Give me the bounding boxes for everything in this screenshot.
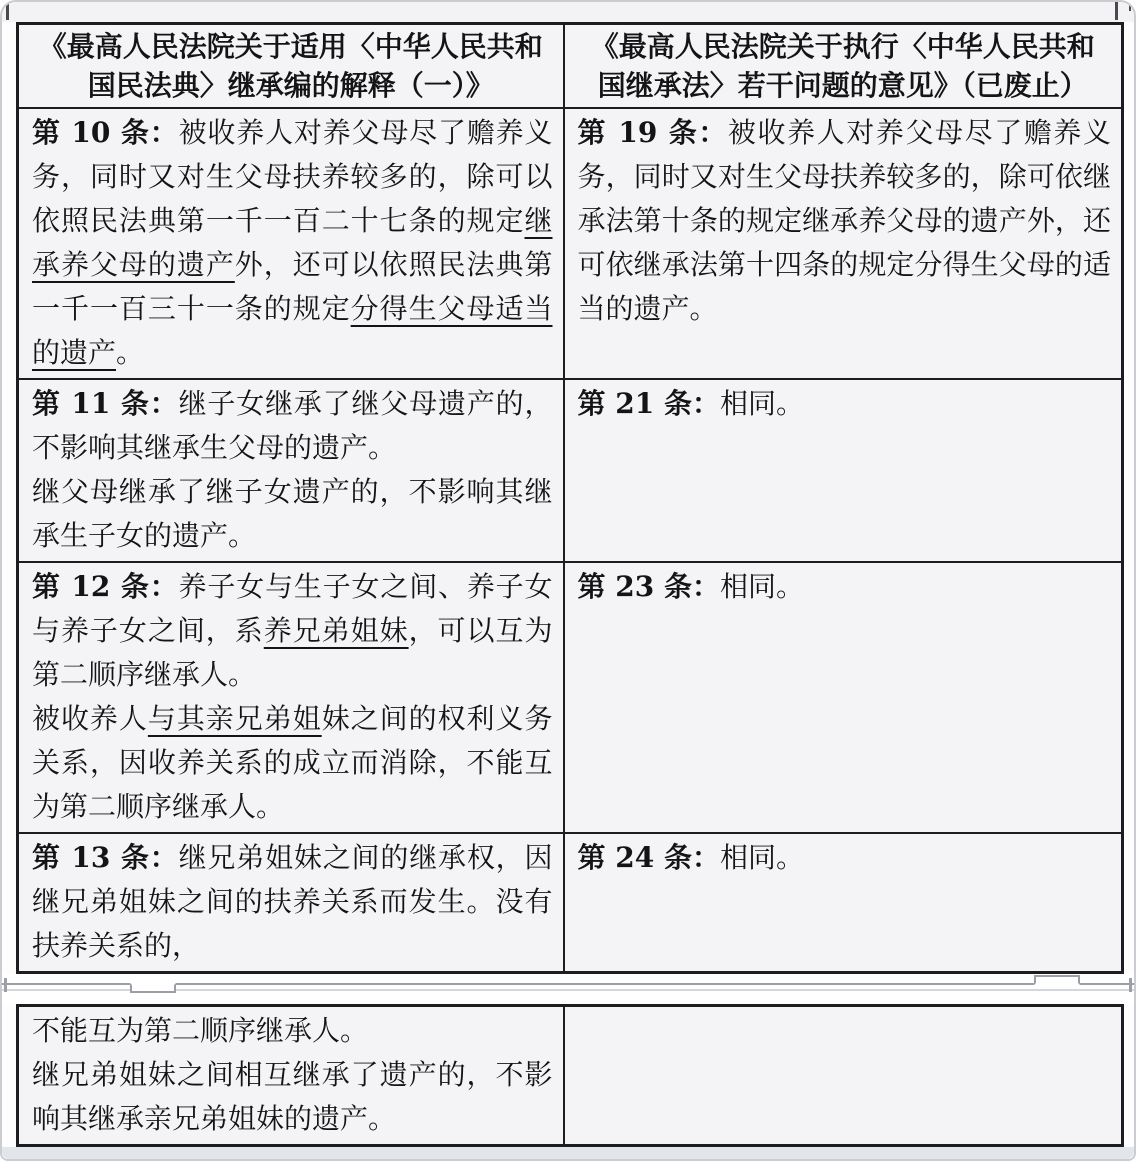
page-edge-fragment-right [1129,978,1132,992]
cell-article-13-continued: 不能互为第二顺序继承人。 继兄弟姐妹之间相互继承了遗产的，不影响其继承亲兄弟姐妹… [18,1006,564,1146]
cell-article-13: 第 13 条：继兄弟姐妹之间的继承权，因继兄弟姐妹之间的扶养关系而发生。没有扶养… [18,833,564,973]
cell-article-24-continued-empty [564,1006,1123,1146]
cell-article-24: 第 24 条：相同。 [564,833,1123,973]
table-edge-fragment-right [1115,2,1118,20]
cell-article-11: 第 11 条：继子女继承了继父母遗产的，不影响其继承生父母的遗产。 继父母继承了… [18,379,564,562]
header-title-left: 《最高人民法院关于适用〈中华人民共和国民法典〉继承编的解释（一）》 [35,27,547,105]
article-24-text: 第 24 条：相同。 [578,836,1112,880]
page-break-gap [2,974,1134,1004]
document-page: 《最高人民法院关于适用〈中华人民共和国民法典〉继承编的解释（一）》 《最高人民法… [0,0,1136,1161]
page-edge-notch-right [1034,975,1080,985]
header-cell-civil-code-interpretation: 《最高人民法院关于适用〈中华人民共和国民法典〉继承编的解释（一）》 [18,24,564,109]
article-21-text: 第 21 条：相同。 [578,382,1112,426]
cell-article-12: 第 12 条：养子女与生子女之间、养子女与养子女之间，系养兄弟姐妹，可以互为第二… [18,562,564,833]
cell-article-23: 第 23 条：相同。 [564,562,1123,833]
cell-article-10: 第 10 条：被收养人对养父母尽了赡养义务，同时又对生父母扶养较多的，除可以依照… [18,108,564,379]
article-12-paragraph-1: 第 12 条：养子女与生子女之间、养子女与养子女之间，系养兄弟姐妹，可以互为第二… [32,565,553,697]
article-13-text: 第 13 条：继兄弟姐妹之间的继承权，因继兄弟姐妹之间的扶养关系而发生。没有扶养… [32,836,553,968]
article-23-text: 第 23 条：相同。 [578,565,1112,609]
header-cell-inheritance-law-opinions: 《最高人民法院关于执行〈中华人民共和国继承法〉若干问题的意见》（已废止） [564,24,1123,109]
table-edge-fragment-left [6,2,9,20]
page-edge-fragment-left [4,978,7,992]
screenshot-bottom-edge [2,1147,1134,1159]
table-row-article-13-24: 第 13 条：继兄弟姐妹之间的继承权，因继兄弟姐妹之间的扶养关系而发生。没有扶养… [18,833,1123,973]
article-12-paragraph-2: 被收养人与其亲兄弟姐妹之间的权利义务关系，因收养关系的成立而消除，不能互为第二顺… [32,697,553,829]
table-row-article-12-23: 第 12 条：养子女与生子女之间、养子女与养子女之间，系养兄弟姐妹，可以互为第二… [18,562,1123,833]
table-header-row: 《最高人民法院关于适用〈中华人民共和国民法典〉继承编的解释（一）》 《最高人民法… [18,24,1123,109]
article-11-paragraph-1: 第 11 条：继子女继承了继父母遗产的，不影响其继承生父母的遗产。 [32,382,553,470]
article-19-text: 第 19 条：被收养人对养父母尽了赡养义务，同时又对生父母扶养较多的，除可依继承… [578,111,1112,331]
page-edge-notch-left [130,983,176,993]
article-13-continued-paragraph-2: 继兄弟姐妹之间相互继承了遗产的，不影响其继承亲兄弟姐妹的遗产。 [32,1053,553,1141]
article-10-text: 第 10 条：被收养人对养父母尽了赡养义务，同时又对生父母扶养较多的，除可以依照… [32,111,553,375]
table-row-article-10-19: 第 10 条：被收养人对养父母尽了赡养义务，同时又对生父母扶养较多的，除可以依照… [18,108,1123,379]
table-row-article-11-21: 第 11 条：继子女继承了继父母遗产的，不影响其继承生父母的遗产。 继父母继承了… [18,379,1123,562]
cell-article-19: 第 19 条：被收养人对养父母尽了赡养义务，同时又对生父母扶养较多的，除可依继承… [564,108,1123,379]
law-comparison-table-continuation: 不能互为第二顺序继承人。 继兄弟姐妹之间相互继承了遗产的，不影响其继承亲兄弟姐妹… [16,1004,1124,1147]
law-comparison-table: 《最高人民法院关于适用〈中华人民共和国民法典〉继承编的解释（一）》 《最高人民法… [16,22,1124,974]
cell-article-21: 第 21 条：相同。 [564,379,1123,562]
table-row-article-13-continued: 不能互为第二顺序继承人。 继兄弟姐妹之间相互继承了遗产的，不影响其继承亲兄弟姐妹… [18,1006,1123,1146]
previous-row-clipped-edge [2,2,1134,22]
article-11-paragraph-2: 继父母继承了继子女遗产的，不影响其继承生子女的遗产。 [32,470,553,558]
table-edge-fragment-corner [1129,2,1131,11]
header-title-right: 《最高人民法院关于执行〈中华人民共和国继承法〉若干问题的意见》（已废止） [581,27,1106,105]
article-13-continued-paragraph-1: 不能互为第二顺序继承人。 [32,1009,553,1053]
